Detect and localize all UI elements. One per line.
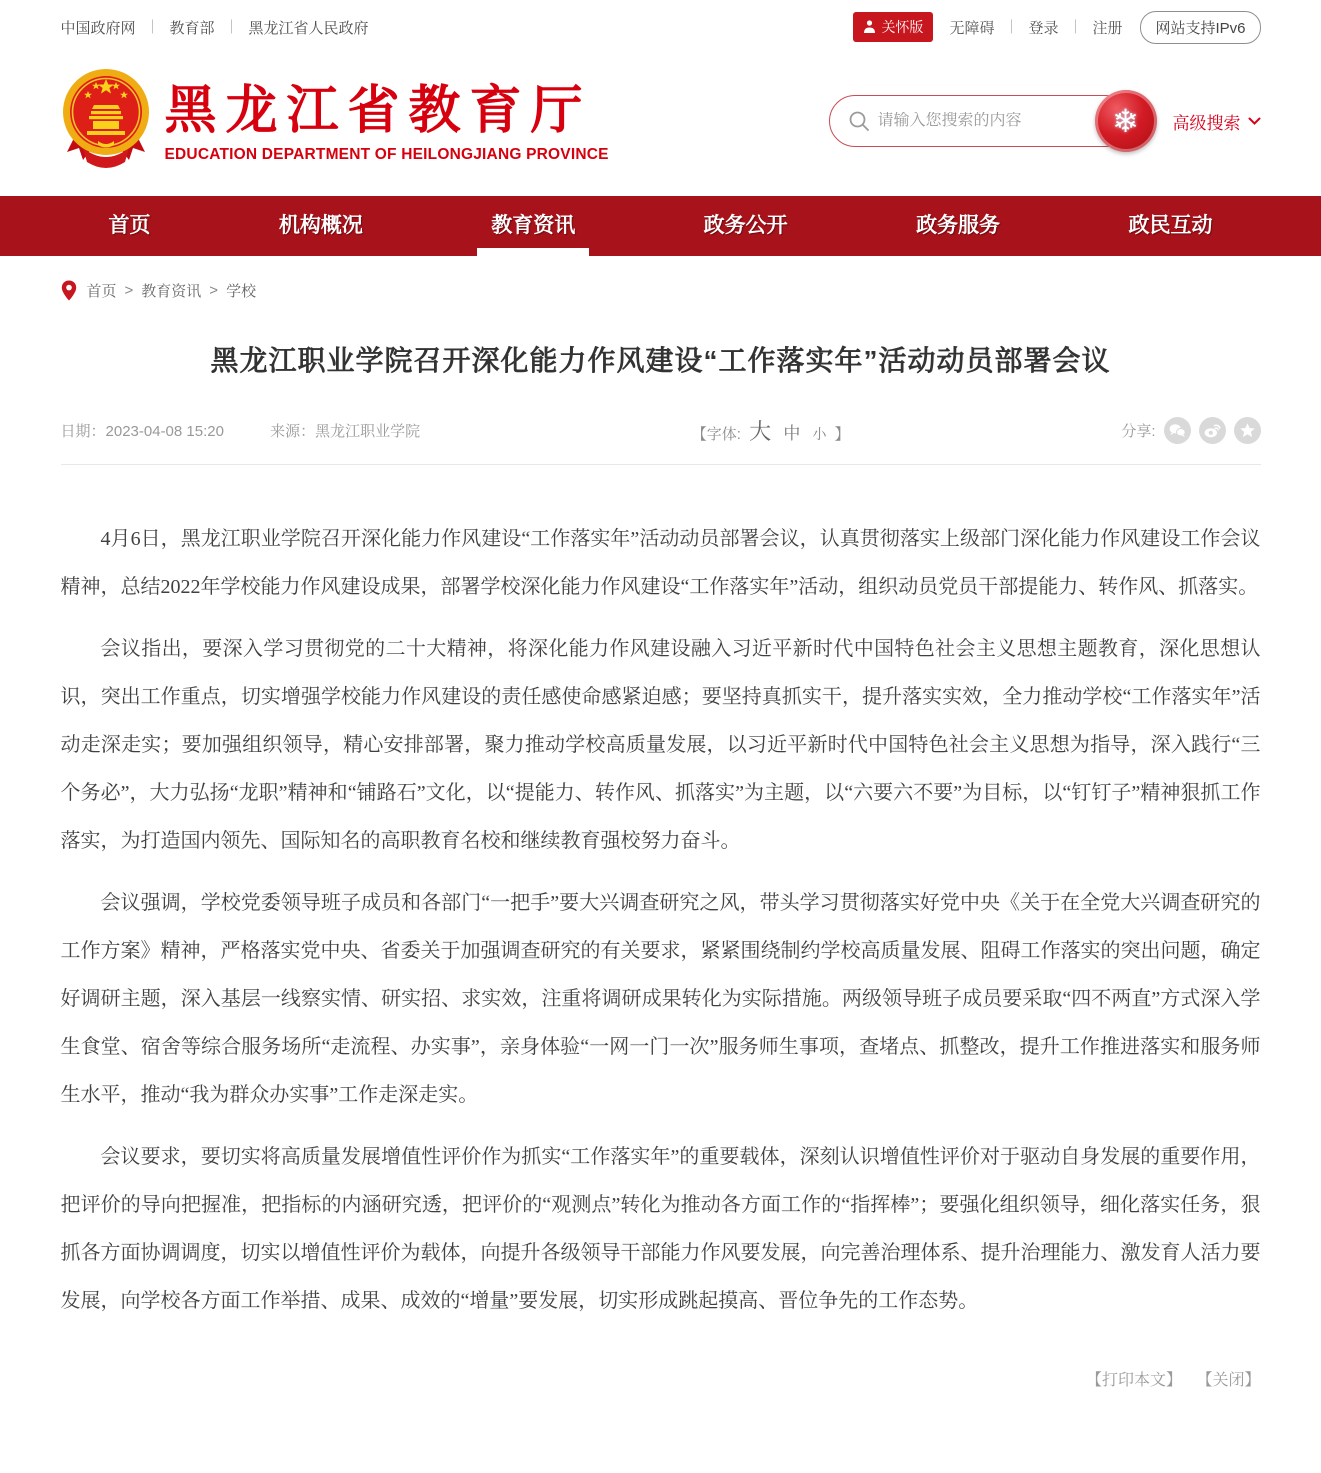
location-pin-icon — [61, 280, 77, 301]
paragraph: 会议强调，学校党委领导班子成员和各部门“一把手”要大兴调查研究之风，带头学习贯彻… — [61, 879, 1261, 1119]
font-size-small-button[interactable]: 小 — [813, 426, 827, 442]
search-submit-button[interactable]: ❄ — [1095, 90, 1157, 152]
link-moe[interactable]: 教育部 — [170, 17, 215, 38]
close-page-button[interactable]: 【关闭】 — [1196, 1372, 1260, 1389]
paragraph: 会议要求，要切实将高质量发展增值性评价作为抓实“工作落实年”的重要载体，深刻认识… — [61, 1133, 1261, 1325]
share-widget: 分享: — [1121, 417, 1260, 444]
divider: ｜ — [1068, 17, 1082, 37]
accessibility-link[interactable]: 无障碍 — [949, 17, 994, 38]
page-footer: 【打印本文】 【关闭】 — [0, 1367, 1321, 1432]
star-icon[interactable] — [1234, 417, 1261, 444]
article-meta: 日期：2023-04-08 15:20 来源：黑龙江职业学院 【字体: 大 中 … — [61, 415, 1261, 446]
breadcrumb-education-news[interactable]: 教育资讯 — [141, 280, 201, 301]
care-version-label: 关怀版 — [881, 17, 923, 37]
article-meta-left: 日期：2023-04-08 15:20 来源：黑龙江职业学院 — [61, 420, 421, 441]
nav-item-organization[interactable]: 机构概况 — [279, 196, 363, 256]
article-body: 4月6日，黑龙江职业学院召开深化能力作风建设“工作落实年”活动动员部署会议，认真… — [61, 515, 1261, 1325]
register-link[interactable]: 注册 — [1092, 17, 1122, 38]
paragraph: 4月6日，黑龙江职业学院召开深化能力作风建设“工作落实年”活动动员部署会议，认真… — [61, 515, 1261, 611]
wechat-icon[interactable] — [1164, 417, 1191, 444]
weibo-icon[interactable] — [1199, 417, 1226, 444]
nav-item-interaction[interactable]: 政民互动 — [1128, 196, 1212, 256]
person-icon — [863, 20, 876, 34]
search-box — [829, 95, 1131, 147]
national-emblem-logo — [61, 62, 151, 180]
font-size-widget: 【字体: 大 中 小 】 — [420, 415, 1121, 446]
chevron-down-icon — [1248, 117, 1261, 126]
link-gov-cn[interactable]: 中国政府网 — [61, 17, 136, 38]
snowflake-icon: ❄ — [1112, 105, 1139, 137]
article-date: 2023-04-08 15:20 — [106, 423, 224, 440]
breadcrumb-current-school: 学校 — [226, 280, 256, 301]
topbar-user-links: 关怀版 无障碍 ｜ 登录 ｜ 注册 网站支持IPv6 — [853, 11, 1260, 44]
paragraph: 会议指出，要深入学习贯彻党的二十大精神，将深化能力作风建设融入习近平新时代中国特… — [61, 625, 1261, 865]
advanced-search-label: 高级搜索 — [1173, 109, 1241, 134]
print-article-button[interactable]: 【打印本文】 — [1086, 1372, 1182, 1389]
care-version-button[interactable]: 关怀版 — [853, 12, 933, 42]
font-widget-open: 【字体: — [692, 426, 741, 443]
breadcrumb: 首页 > 教育资讯 > 学校 — [0, 280, 1321, 301]
share-label: 分享: — [1121, 420, 1155, 441]
search-input[interactable] — [878, 112, 1090, 130]
link-hlj-gov[interactable]: 黑龙江省人民政府 — [249, 17, 369, 38]
breadcrumb-home[interactable]: 首页 — [87, 280, 117, 301]
advanced-search-link[interactable]: 高级搜索 — [1173, 109, 1261, 134]
nav-item-gov-affairs[interactable]: 政务公开 — [704, 196, 788, 256]
topbar-gov-links: 中国政府网 ｜ 教育部 ｜ 黑龙江省人民政府 — [61, 17, 369, 38]
nav-item-gov-services[interactable]: 政务服务 — [916, 196, 1000, 256]
login-link[interactable]: 登录 — [1028, 17, 1058, 38]
divider: ｜ — [146, 17, 160, 37]
site-brand: 黑龙江省教育厅 EDUCATION DEPARTMENT OF HEILONGJ… — [61, 62, 609, 180]
search-icon — [848, 110, 870, 132]
search-area: ❄ 高级搜索 — [829, 90, 1261, 152]
source-label: 来源： — [270, 423, 315, 440]
site-title-en: EDUCATION DEPARTMENT OF HEILONGJIANG PRO… — [165, 146, 609, 164]
font-size-large-button[interactable]: 大 — [749, 419, 771, 444]
divider: ｜ — [225, 17, 239, 37]
breadcrumb-separator: > — [125, 282, 134, 299]
breadcrumb-separator: > — [209, 282, 218, 299]
site-title: 黑龙江省教育厅 — [165, 79, 609, 144]
divider: ｜ — [1004, 17, 1018, 37]
article-source: 黑龙江职业学院 — [315, 423, 420, 440]
article-title: 黑龙江职业学院召开深化能力作风建设“工作落实年”活动动员部署会议 — [61, 339, 1261, 379]
font-size-medium-button[interactable]: 中 — [783, 424, 800, 443]
main-nav: 首页 机构概况 教育资讯 政务公开 政务服务 政民互动 — [0, 196, 1321, 256]
topbar: 中国政府网 ｜ 教育部 ｜ 黑龙江省人民政府 关怀版 无障碍 ｜ 登录 ｜ 注册… — [0, 0, 1321, 54]
font-widget-close: 】 — [835, 426, 850, 443]
nav-item-education-news[interactable]: 教育资讯 — [491, 196, 575, 256]
nav-item-home[interactable]: 首页 — [109, 196, 151, 256]
ipv6-badge[interactable]: 网站支持IPv6 — [1140, 11, 1260, 44]
meta-divider — [61, 464, 1261, 465]
site-header: 黑龙江省教育厅 EDUCATION DEPARTMENT OF HEILONGJ… — [0, 54, 1321, 196]
brand-text: 黑龙江省教育厅 EDUCATION DEPARTMENT OF HEILONGJ… — [165, 79, 609, 164]
date-label: 日期： — [61, 423, 106, 440]
